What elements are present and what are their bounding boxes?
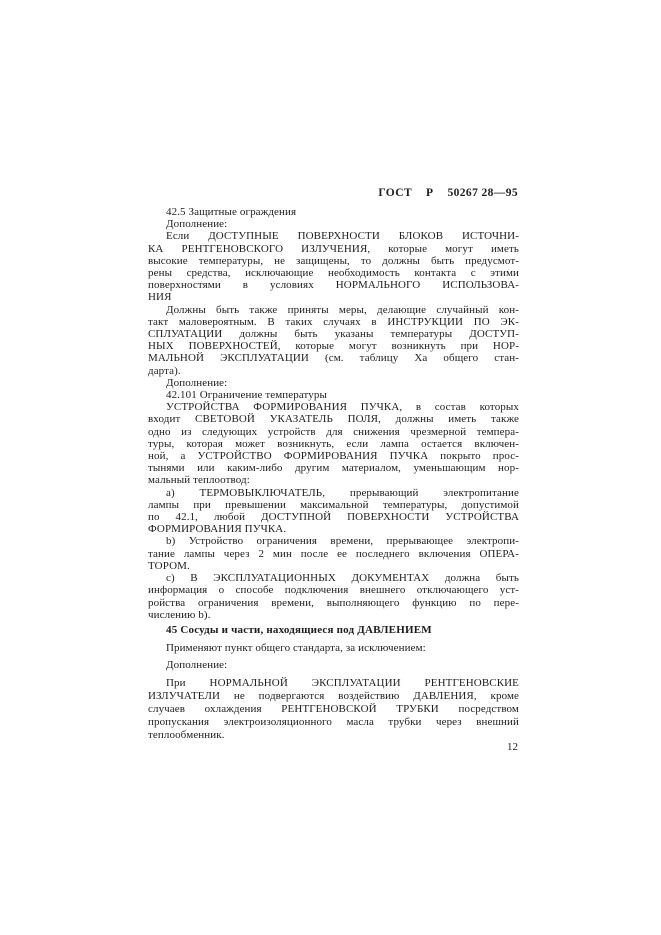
section-45-block: 45 Сосуды и части, находящиеся под ДАВЛЕ…	[148, 624, 519, 742]
main-text-block: 42.5 Защитные огражденияДополнение:Если …	[148, 206, 519, 621]
text-line: КА РЕНТГЕНОВСКОГО ИЗЛУЧЕНИЯ, которые мог…	[148, 243, 519, 255]
text-line: по 42.1, любой ДОСТУПНОЙ ПОВЕРХНОСТИ УСТ…	[148, 511, 519, 523]
text-line: лампы при превышении максимальной темпер…	[148, 499, 519, 511]
text-line: УСТРОЙСТВА ФОРМИРОВАНИЯ ПУЧКА, в состав …	[148, 401, 519, 413]
text-line: Применяют пункт общего стандарта, за иск…	[148, 642, 519, 655]
text-line: СПЛУАТАЦИИ должны быть указаны температу…	[148, 328, 519, 340]
text-line: ИЗЛУЧАТЕЛИ не подвергаются воздействию Д…	[148, 690, 519, 703]
text-line: Дополнение:	[148, 218, 519, 230]
header-standard-number: 50267 28—95	[447, 187, 518, 199]
document-page: ГОСТ Р 50267 28—95 42.5 Защитные огражде…	[0, 0, 661, 935]
header-gost-label: ГОСТ	[378, 187, 412, 199]
text-line: поверхностями в условиях НОРМАЛЬНОГО ИСП…	[148, 279, 519, 291]
text-line: тание лампы через 2 мин после ее последн…	[148, 548, 519, 560]
text-line: 42.101 Ограничение температуры	[148, 389, 519, 401]
text-line: b) Устройство ограничения времени, преры…	[148, 535, 519, 547]
header-r-label: Р	[426, 187, 433, 199]
text-line: случаев охлаждения РЕНТГЕНОВСКОЙ ТРУБКИ …	[148, 703, 519, 716]
text-line: пропускания электроизоляционного масла т…	[148, 716, 519, 729]
text-line: а) ТЕРМОВЫКЛЮЧАТЕЛЬ, прерывающий электро…	[148, 487, 519, 499]
text-line: одно из следующих устройств для снижения…	[148, 426, 519, 438]
text-line: Дополнение:	[148, 377, 519, 389]
text-line: числению b).	[148, 609, 519, 621]
text-line: информация о способе подключения внешнег…	[148, 584, 519, 596]
section-heading: 45 Сосуды и части, находящиеся под ДАВЛЕ…	[148, 624, 519, 637]
text-line: ТОРОМ.	[148, 560, 519, 572]
text-line: При НОРМАЛЬНОЙ ЭКСПЛУАТАЦИИ РЕНТГЕНОВСКИ…	[148, 677, 519, 690]
text-line: тынями или каким-либо другим материалом,…	[148, 462, 519, 474]
text-line: входит СВЕТОВОЙ УКАЗАТЕЛЬ ПОЛЯ, должны и…	[148, 413, 519, 425]
text-line: Дополнение:	[148, 659, 519, 672]
text-line: дарта).	[148, 365, 519, 377]
text-line: НЫХ ПОВЕРХНОСТЕЙ, которые могут возникну…	[148, 340, 519, 352]
text-line: рены средства, исключающие необходимость…	[148, 267, 519, 279]
text-line: теплообменник.	[148, 729, 519, 742]
text-line: высокие температуры, не защищены, то дол…	[148, 255, 519, 267]
page-number: 12	[148, 741, 518, 753]
standard-designation-header: ГОСТ Р 50267 28—95	[148, 187, 518, 199]
text-line: мальный теплоотвод:	[148, 474, 519, 486]
text-line: 42.5 Защитные ограждения	[148, 206, 519, 218]
text-line: МАЛЬНОЙ ЭКСПЛУАТАЦИИ (см. таблицу Ха общ…	[148, 352, 519, 364]
text-line: такт маловероятным. В таких случаях в ИН…	[148, 316, 519, 328]
text-line: ной, а УСТРОЙСТВО ФОРМИРОВАНИЯ ПУЧКА пок…	[148, 450, 519, 462]
text-line: ФОРМИРОВАНИЯ ПУЧКА.	[148, 523, 519, 535]
text-line: Должны быть также приняты меры, делающие…	[148, 304, 519, 316]
text-line: НИЯ	[148, 291, 519, 303]
text-line: туры, которая может возникнуть, если лам…	[148, 438, 519, 450]
text-line: c) В ЭКСПЛУАТАЦИОННЫХ ДОКУМЕНТАХ должна …	[148, 572, 519, 584]
text-line: ройства ограничения времени, выполняющег…	[148, 597, 519, 609]
text-line: Если ДОСТУПНЫЕ ПОВЕРХНОСТИ БЛОКОВ ИСТОЧН…	[148, 230, 519, 242]
